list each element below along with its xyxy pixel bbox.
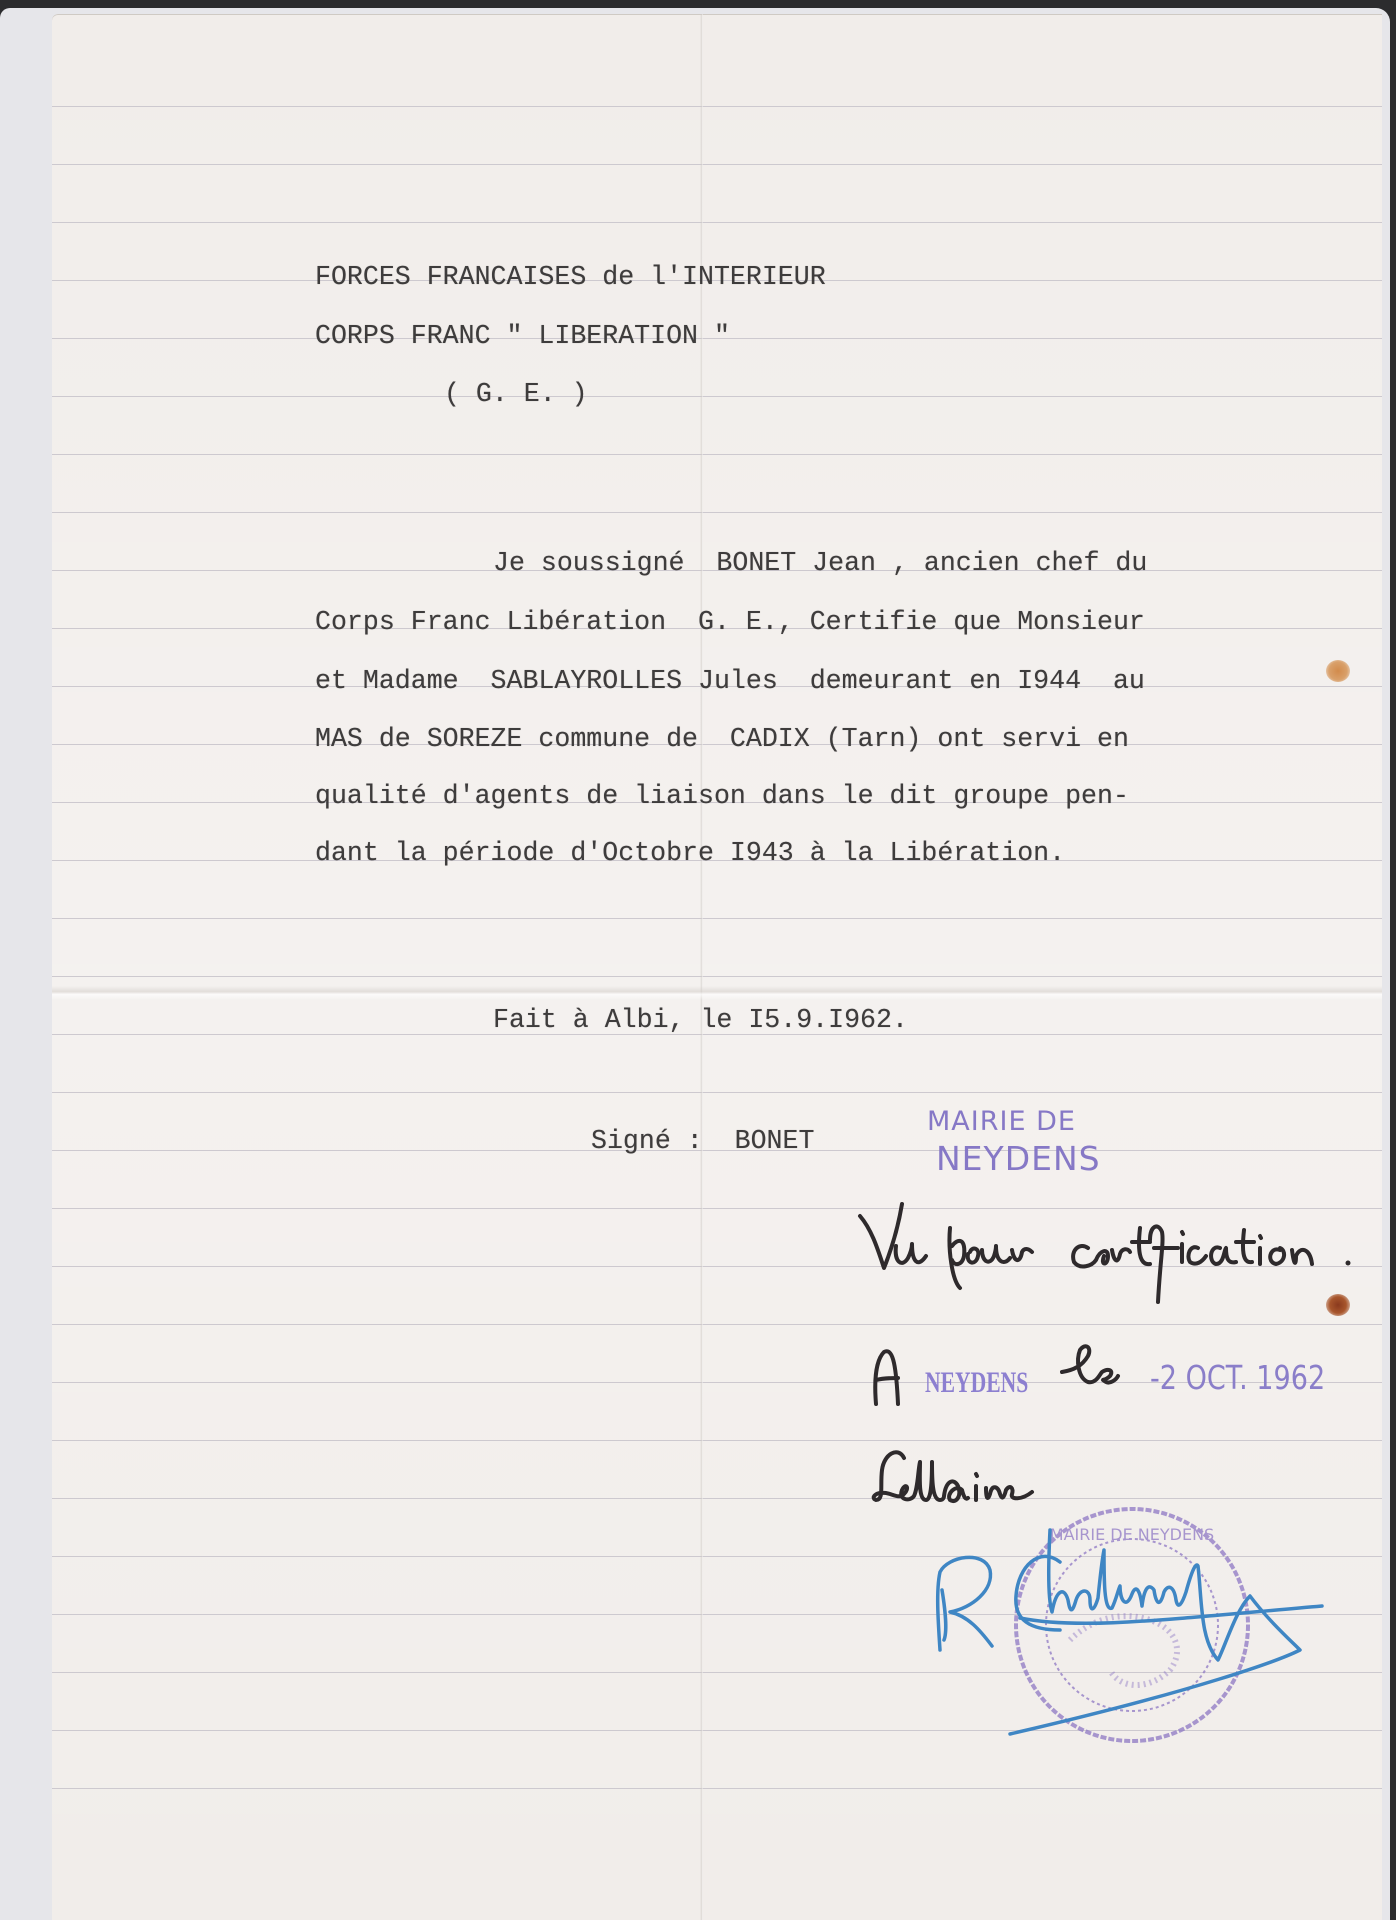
signature [938,1530,1322,1734]
seal-text: MAIRIE DE NEYDENS [1050,1525,1214,1544]
handwriting-vu-pour-certification [860,1204,1351,1302]
handwriting-le [1062,1346,1118,1382]
handwriting-le-maire [874,1452,1032,1501]
handwriting-a [875,1351,898,1404]
handwriting-layer: MAIRIE DE NEYDENS [0,0,1396,1920]
